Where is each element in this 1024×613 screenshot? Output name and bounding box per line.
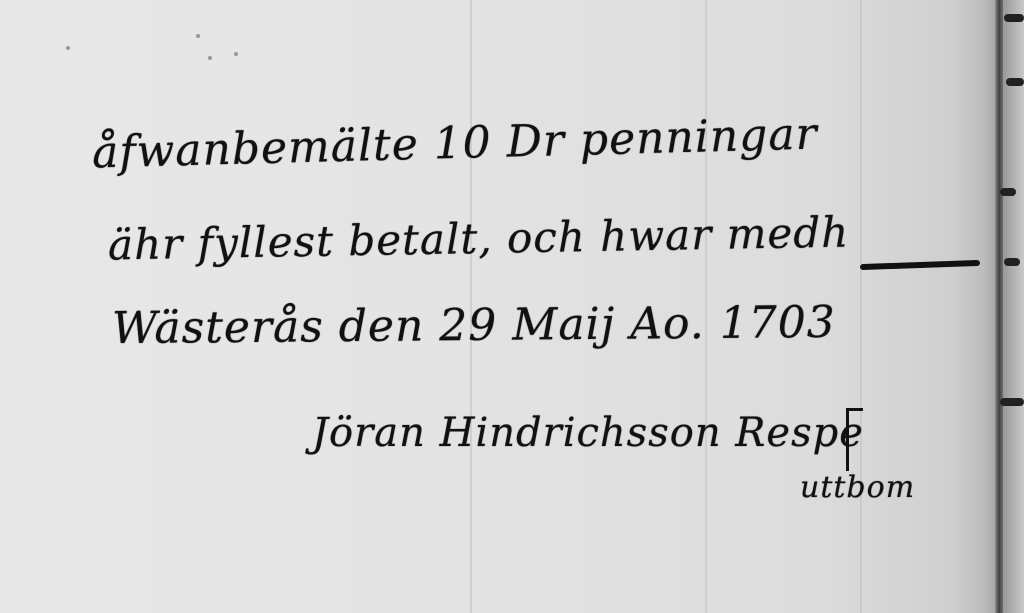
manuscript-line-1: åfwanbemälte 10 Dr penningar — [91, 109, 818, 179]
pen-flourish — [860, 260, 980, 270]
manuscript-page: åfwanbemälte 10 Dr penningar ähr fyllest… — [0, 0, 1024, 613]
signature-line: Jöran Hindrichsson Respe — [312, 410, 864, 456]
binding-stitch — [1004, 14, 1024, 22]
paper-fold-line — [860, 0, 862, 613]
binding-stitch — [1004, 258, 1020, 266]
binding-stitch — [1006, 78, 1024, 86]
binding-stitch — [1000, 188, 1016, 196]
binding-stitch — [1000, 398, 1024, 406]
manuscript-line-2: ähr fyllest betalt, och hwar medh — [108, 208, 850, 270]
signature-line-2: uttbom — [800, 470, 915, 505]
signature-bracket — [846, 408, 863, 471]
manuscript-line-3-date: Wästerås den 29 Maij Ao. 1703 — [112, 297, 836, 354]
book-binding-edge — [995, 0, 1003, 613]
